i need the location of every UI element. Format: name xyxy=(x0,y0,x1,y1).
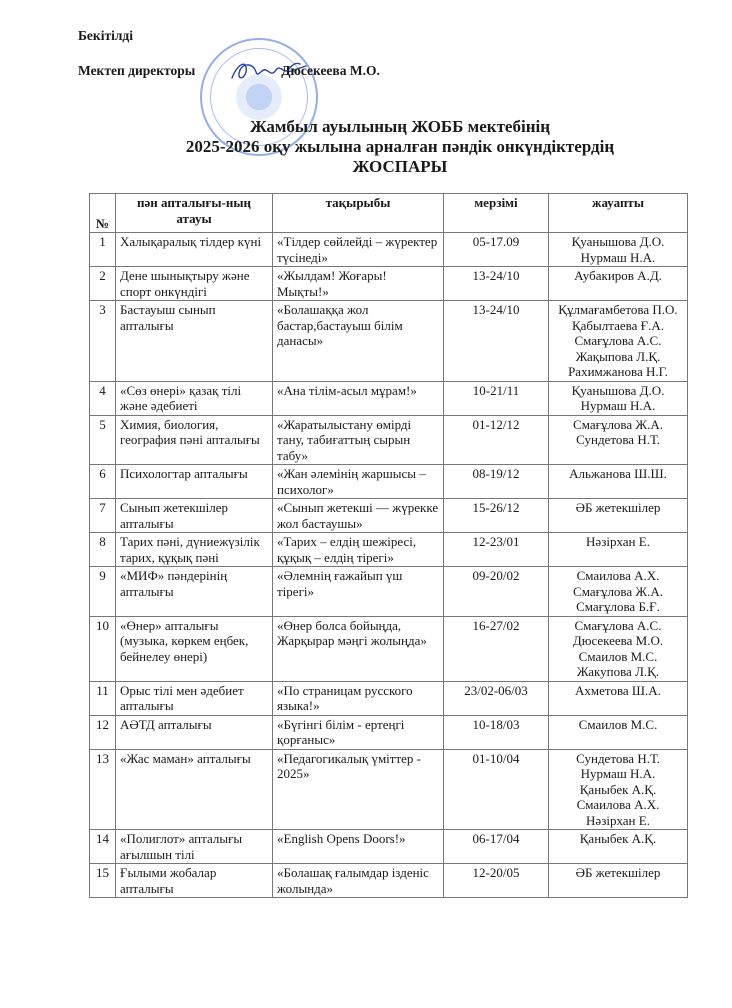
responsible-list: Альжанова Ш.Ш. xyxy=(549,465,688,499)
responsible-person: Смағұлова А.С. xyxy=(553,333,683,349)
week-date: 05-17.09 xyxy=(444,233,549,267)
column-header-name: пән апталығы-ның атауы xyxy=(116,194,273,233)
week-name: Ғылыми жобалар апталығы xyxy=(116,864,273,898)
responsible-list: Смағұлова А.С.Дюсекеева М.О.Смаилов М.С.… xyxy=(549,616,688,681)
week-topic: «Жан әлемінің жаршысы – психолог» xyxy=(273,465,444,499)
week-name: «Өнер» апталығы (музыка, көркем еңбек, б… xyxy=(116,616,273,681)
responsible-person: Қаныбек А.Қ. xyxy=(553,831,683,847)
responsible-person: Смаилов М.С. xyxy=(553,649,683,665)
column-header-date: мерзімі xyxy=(444,194,549,233)
week-topic: «Ана тілім-асыл мұрам!» xyxy=(273,381,444,415)
responsible-list: Құлмағамбетова П.О.Қабылтаева Ғ.А.Смағұл… xyxy=(549,301,688,382)
week-date: 10-18/03 xyxy=(444,715,549,749)
week-name: «Жас маман» апталығы xyxy=(116,749,273,830)
row-number: 12 xyxy=(90,715,116,749)
responsible-list: Смаилова А.Х.Смағұлова Ж.А.Смағұлова Б.Ғ… xyxy=(549,567,688,617)
responsible-list: Қуанышова Д.О.Нурмаш Н.А. xyxy=(549,233,688,267)
director-line: Мектеп директорыДюсекеева М.О. xyxy=(78,63,380,79)
week-date: 09-20/02 xyxy=(444,567,549,617)
row-number: 15 xyxy=(90,864,116,898)
responsible-list: Нәзірхан Е. xyxy=(549,533,688,567)
responsible-person: Дюсекеева М.О. xyxy=(553,633,683,649)
column-header-number: № xyxy=(90,194,116,233)
plan-table: № пән апталығы-ның атауы тақырыбы мерзім… xyxy=(89,193,688,898)
row-number: 5 xyxy=(90,415,116,465)
responsible-person: Смағұлова А.С. xyxy=(553,618,683,634)
column-header-responsible: жауапты xyxy=(549,194,688,233)
responsible-person: Жақыпова Л.Қ. xyxy=(553,349,683,365)
director-name: Дюсекеева М.О. xyxy=(281,63,380,78)
responsible-list: Смаилов М.С. xyxy=(549,715,688,749)
responsible-person: Смаилова А.Х. xyxy=(553,797,683,813)
week-date: 10-21/11 xyxy=(444,381,549,415)
director-label: Мектеп директоры xyxy=(78,63,195,78)
responsible-person: ӘБ жетекшілер xyxy=(553,865,683,881)
week-topic: «Сынып жетекші — жүрекке жол бастаушы» xyxy=(273,499,444,533)
table-row: 11Орыс тілі мен әдебиет апталығы«По стра… xyxy=(90,681,688,715)
table-row: 8Тарих пәні, дүниежүзілік тарих, құқық п… xyxy=(90,533,688,567)
responsible-list: Смағұлова Ж.А.Сундетова Н.Т. xyxy=(549,415,688,465)
week-name: Орыс тілі мен әдебиет апталығы xyxy=(116,681,273,715)
row-number: 14 xyxy=(90,830,116,864)
responsible-person: Қуанышова Д.О. xyxy=(553,234,683,250)
week-date: 08-19/12 xyxy=(444,465,549,499)
responsible-list: Сундетова Н.Т.Нурмаш Н.А.Қаныбек А.Қ.Сма… xyxy=(549,749,688,830)
responsible-person: Нәзірхан Е. xyxy=(553,534,683,550)
row-number: 3 xyxy=(90,301,116,382)
week-topic: «Әлемнің ғажайып үш тірегі» xyxy=(273,567,444,617)
table-row: 10«Өнер» апталығы (музыка, көркем еңбек,… xyxy=(90,616,688,681)
responsible-person: Смаилова А.Х. xyxy=(553,568,683,584)
document-title-line-1: Жамбыл ауылының ЖОББ мектебінің xyxy=(100,117,700,137)
responsible-person: Сундетова Н.Т. xyxy=(553,432,683,448)
row-number: 2 xyxy=(90,267,116,301)
row-number: 13 xyxy=(90,749,116,830)
responsible-person: Смағұлова Ж.А. xyxy=(553,417,683,433)
responsible-person: Құлмағамбетова П.О. xyxy=(553,302,683,318)
responsible-person: Альжанова Ш.Ш. xyxy=(553,466,683,482)
responsible-person: Нурмаш Н.А. xyxy=(553,250,683,266)
approved-label: Бекітілді xyxy=(78,28,133,44)
table-row: 2Дене шынықтыру және спорт онкүндігі«Жыл… xyxy=(90,267,688,301)
week-date: 12-23/01 xyxy=(444,533,549,567)
document-title-line-3: ЖОСПАРЫ xyxy=(100,157,700,177)
responsible-person: Смағұлова Б.Ғ. xyxy=(553,599,683,615)
week-date: 06-17/04 xyxy=(444,830,549,864)
responsible-person: Рахимжанова Н.Г. xyxy=(553,364,683,380)
table-row: 3Бастауыш сынып апталығы«Болашаққа жол б… xyxy=(90,301,688,382)
table-row: 9«МИФ» пәндерінің апталығы«Әлемнің ғажай… xyxy=(90,567,688,617)
week-date: 13-24/10 xyxy=(444,301,549,382)
responsible-person: Смаилов М.С. xyxy=(553,717,683,733)
table-row: 12АӘТД апталығы«Бүгінгі білім - ертеңгі … xyxy=(90,715,688,749)
table-header-row: № пән апталығы-ның атауы тақырыбы мерзім… xyxy=(90,194,688,233)
responsible-person: Аубакиров А.Д. xyxy=(553,268,683,284)
column-header-topic: тақырыбы xyxy=(273,194,444,233)
week-name: «Полиглот» апталығы ағылшын тілі xyxy=(116,830,273,864)
table-row: 14«Полиглот» апталығы ағылшын тілі«Engli… xyxy=(90,830,688,864)
row-number: 11 xyxy=(90,681,116,715)
table-row: 1Халықаралық тілдер күні«Тілдер сөйлейді… xyxy=(90,233,688,267)
week-name: «Сөз өнері» қазақ тілі және әдебиеті xyxy=(116,381,273,415)
table-row: 5Химия, биология, география пәні апталығ… xyxy=(90,415,688,465)
responsible-person: Ахметова Ш.А. xyxy=(553,683,683,699)
row-number: 10 xyxy=(90,616,116,681)
responsible-list: Қаныбек А.Қ. xyxy=(549,830,688,864)
week-date: 12-20/05 xyxy=(444,864,549,898)
week-topic: «Тілдер сөйлейді – жүректер түсінеді» xyxy=(273,233,444,267)
responsible-list: Аубакиров А.Д. xyxy=(549,267,688,301)
week-name: Бастауыш сынып апталығы xyxy=(116,301,273,382)
responsible-person: Қабылтаева Ғ.А. xyxy=(553,318,683,334)
week-name: Химия, биология, география пәні апталығы xyxy=(116,415,273,465)
row-number: 6 xyxy=(90,465,116,499)
row-number: 8 xyxy=(90,533,116,567)
responsible-person: Нурмаш Н.А. xyxy=(553,766,683,782)
row-number: 1 xyxy=(90,233,116,267)
week-name: Тарих пәні, дүниежүзілік тарих, құқық пә… xyxy=(116,533,273,567)
responsible-person: ӘБ жетекшілер xyxy=(553,500,683,516)
row-number: 9 xyxy=(90,567,116,617)
responsible-list: ӘБ жетекшілер xyxy=(549,499,688,533)
table-row: 6Психологтар апталығы«Жан әлемінің жаршы… xyxy=(90,465,688,499)
row-number: 7 xyxy=(90,499,116,533)
week-name: Халықаралық тілдер күні xyxy=(116,233,273,267)
week-name: «МИФ» пәндерінің апталығы xyxy=(116,567,273,617)
table-row: 15Ғылыми жобалар апталығы«Болашақ ғалымд… xyxy=(90,864,688,898)
week-topic: «Бүгінгі білім - ертеңгі қорғаныс» xyxy=(273,715,444,749)
responsible-list: Қуанышова Д.О.Нурмаш Н.А. xyxy=(549,381,688,415)
responsible-list: ӘБ жетекшілер xyxy=(549,864,688,898)
table-row: 7Сынып жетекшілер апталығы«Сынып жетекші… xyxy=(90,499,688,533)
week-topic: «Болашақ ғалымдар ізденіс жолында» xyxy=(273,864,444,898)
week-date: 01-12/12 xyxy=(444,415,549,465)
responsible-person: Нәзірхан Е. xyxy=(553,813,683,829)
responsible-person: Сундетова Н.Т. xyxy=(553,751,683,767)
responsible-list: Ахметова Ш.А. xyxy=(549,681,688,715)
responsible-person: Смағұлова Ж.А. xyxy=(553,584,683,600)
week-topic: «Болашаққа жол бастар,бастауыш білім дан… xyxy=(273,301,444,382)
week-topic: «Жаратылыстану өмірді тану, табиғаттың с… xyxy=(273,415,444,465)
week-date: 13-24/10 xyxy=(444,267,549,301)
week-name: Сынып жетекшілер апталығы xyxy=(116,499,273,533)
responsible-person: Қуанышова Д.О. xyxy=(553,383,683,399)
week-topic: «Тарих – елдің шежіресі, құқық – елдің т… xyxy=(273,533,444,567)
week-topic: «English Opens Doors!» xyxy=(273,830,444,864)
week-topic: «Жылдам! Жоғары! Мықты!» xyxy=(273,267,444,301)
table-row: 13«Жас маман» апталығы«Педагогикалық үмі… xyxy=(90,749,688,830)
week-date: 23/02-06/03 xyxy=(444,681,549,715)
week-date: 15-26/12 xyxy=(444,499,549,533)
document-title-line-2: 2025-2026 оқу жылына арналған пәндік онк… xyxy=(100,137,700,157)
week-topic: «Педагогикалық үміттер - 2025» xyxy=(273,749,444,830)
responsible-person: Жакупова Л.Қ. xyxy=(553,664,683,680)
table-row: 4«Сөз өнері» қазақ тілі және әдебиеті«Ан… xyxy=(90,381,688,415)
week-date: 01-10/04 xyxy=(444,749,549,830)
week-name: Дене шынықтыру және спорт онкүндігі xyxy=(116,267,273,301)
week-topic: «Өнер болса бойыңда, Жарқырар мәңгі жолы… xyxy=(273,616,444,681)
responsible-person: Қаныбек А.Қ. xyxy=(553,782,683,798)
week-name: Психологтар апталығы xyxy=(116,465,273,499)
week-name: АӘТД апталығы xyxy=(116,715,273,749)
week-topic: «По страницам русского языка!» xyxy=(273,681,444,715)
week-date: 16-27/02 xyxy=(444,616,549,681)
row-number: 4 xyxy=(90,381,116,415)
responsible-person: Нурмаш Н.А. xyxy=(553,398,683,414)
